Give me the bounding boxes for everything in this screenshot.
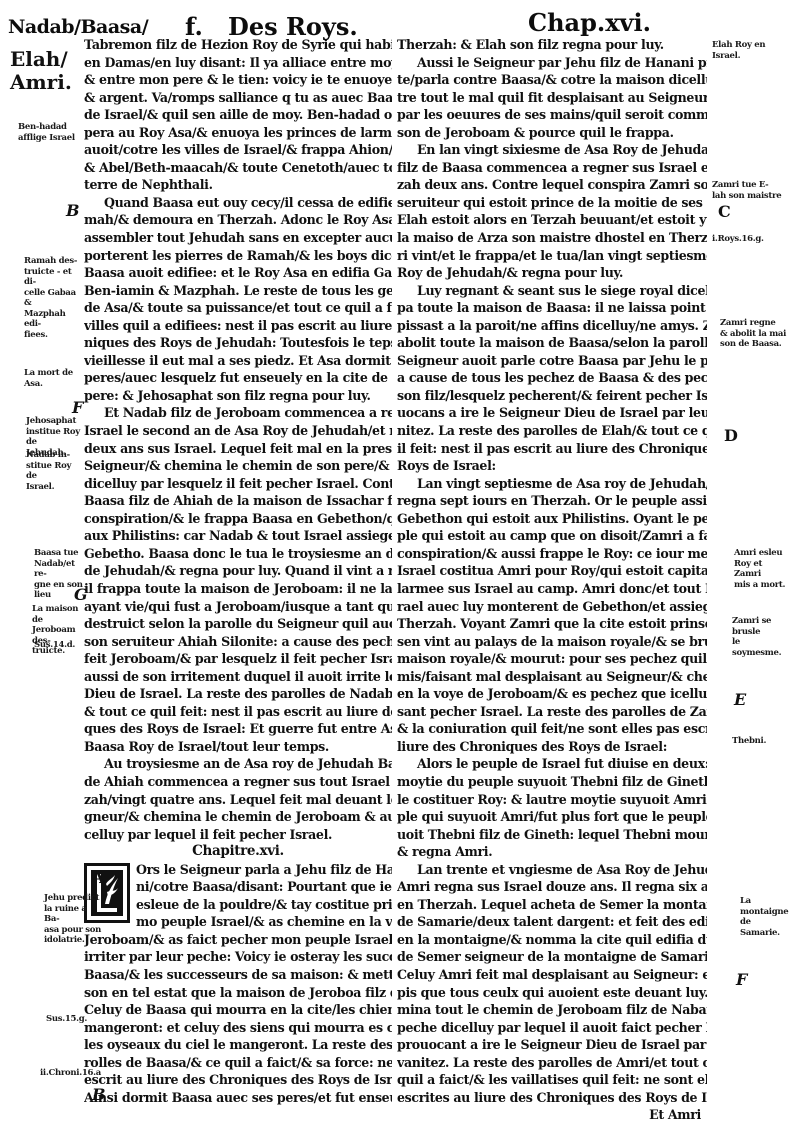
text-line: filz de Baasa commencea a regner sus Isr… <box>397 159 707 177</box>
text-line: Baasa Roy de Israel/tout leur temps. <box>84 738 392 756</box>
text-line: seruiteur qui estoit prince de la moitie… <box>397 194 707 212</box>
margin-note-ref-2: Sus.15.g. <box>46 1014 87 1025</box>
margin-note-amri-elected: Amri esleu Roy et Zamri mis a mort. <box>734 548 790 590</box>
text-line: son de Jeroboam & pource quil le frappa. <box>397 124 707 142</box>
chapter-heading: Chapitre.xvi. <box>84 843 392 861</box>
text-line: auoit/cotre les villes de Israel/& frapp… <box>84 141 392 159</box>
text-line: a cause de tous les pechez de Baasa & de… <box>397 369 707 387</box>
side-names: Elah/ Amri. <box>10 48 72 94</box>
side-name-amri: Amri. <box>10 71 72 94</box>
text-line: zah deux ans. Contre lequel conspira Zam… <box>397 176 707 194</box>
text-line: de Semer seigneur de la montaigne de Sam… <box>397 948 707 966</box>
text-line: & regna Amri. <box>397 843 707 861</box>
text-line: Tabremon filz de Hezion Roy de Syrie qui… <box>84 36 392 54</box>
left-column: Tabremon filz de Hezion Roy de Syrie qui… <box>84 36 392 1106</box>
note-line: son de Baasa. <box>720 339 788 350</box>
text-line: son en tel estat que la maison de Jerobo… <box>84 984 392 1002</box>
note-line: asa pour son <box>44 925 102 936</box>
section-letter-e: E <box>734 690 746 709</box>
chapter-xvi-text: Ors le Seigneur parla a Jehu filz de Han… <box>84 861 392 1107</box>
text-line: & argent. Va/romps salliance q tu as aue… <box>84 89 392 107</box>
text-line: Quand Baasa eut ouy cecy/il cessa de edi… <box>84 194 392 212</box>
note-line: & abolit la mai <box>720 329 788 340</box>
margin-note-ramah: Ramah des- truicte - et di- celle Gabaa … <box>24 256 84 340</box>
text-line: ri vint/et le frappa/et le tua/lan vingt… <box>397 247 707 265</box>
note-line: Amri esleu <box>734 548 790 559</box>
note-line: afflige Israel <box>18 133 82 144</box>
text-line: peres/auec lesquelz fut enseuely en la c… <box>84 369 392 387</box>
section-letter-g: G <box>74 585 88 604</box>
text-line: Roy de Jehudah/& regna pour luy. <box>397 264 707 282</box>
text-line: Seigneur auoit parle cotre Baasa par Jeh… <box>397 352 707 370</box>
text-line: il feit: nest il pas escrit au liure des… <box>397 440 707 458</box>
text-line: conspiration/& aussi frappe le Roy: ce i… <box>397 545 707 563</box>
note-line: stitue Roy de <box>26 461 84 482</box>
text-line: Et Nadab filz de Jeroboam commencea a re… <box>84 404 392 422</box>
note-line: Zamri regne <box>720 318 788 329</box>
note-line: la ruine a Ba- <box>44 904 102 925</box>
text-line: escrites au liure des Chroniques des Roy… <box>397 1089 707 1107</box>
text-line: ni/cotre Baasa/disant: Pourtant que ie t… <box>136 878 392 896</box>
text-line: Lan trente et vngiesme de Asa Roy de Jeh… <box>397 861 707 879</box>
text-line: assembler tout Jehudah sans en excepter … <box>84 229 392 247</box>
note-line: lah son maistre <box>712 191 788 202</box>
text-line: & entre mon pere & le tien: voicy ie te … <box>84 71 392 89</box>
text-line: mangeront: et celuy des siens qui mourra… <box>84 1019 392 1037</box>
text-line: Israel le second an de Asa Roy de Jehuda… <box>84 422 392 440</box>
section-letter-a: A <box>92 868 104 887</box>
text-line: destruict selon la parolle du Seigneur q… <box>84 615 392 633</box>
text-line: celluy par lequel il feit pecher Israel. <box>84 826 392 844</box>
text-line: aussi de son irritement duquel il auoit … <box>84 668 392 686</box>
text-line: quil a faict/& les vaillatises quil feit… <box>397 1071 707 1089</box>
text-line: pera au Roy Asa/& enuoya les princes de … <box>84 124 392 142</box>
text-line: larmee sus Israel au camp. Amri donc/et … <box>397 580 707 598</box>
text-line: ple qui suyuoit Amri/fut plus fort que l… <box>397 808 707 826</box>
text-line: rolles de Baasa/& ce quil a faict/& sa f… <box>84 1054 392 1072</box>
margin-note-samaria: La montaigne de Samarie. <box>740 896 790 938</box>
note-line: Israel. <box>26 482 84 493</box>
text-line: la maiso de Arza son maistre dhostel en … <box>397 229 707 247</box>
note-line: Ramah des- <box>24 256 84 267</box>
text-line: regna sept iours en Therzah. Or le peupl… <box>397 492 707 510</box>
text-line: escrit au liure des Chroniques des Roys … <box>84 1071 392 1089</box>
text-line: Baasa auoit edifiee: et le Roy Asa en ed… <box>84 264 392 282</box>
text-line: uocans a ire le Seigneur Dieu de Israel … <box>397 404 707 422</box>
note-line: fiees. <box>24 330 84 341</box>
text-line: Ainsi dormit Baasa auec ses peres/et fut… <box>84 1089 392 1107</box>
text-line: irriter par leur peche: Voicy ie osteray… <box>84 948 392 966</box>
text-line: porterent les pierres de Ramah/& les boy… <box>84 247 392 265</box>
text-line: il frappa toute la maison de Jeroboam: i… <box>84 580 392 598</box>
text-line: de Ahiah commencea a regner sus tout Isr… <box>84 773 392 791</box>
note-line: La mort de <box>24 368 84 379</box>
running-head-chapter: Chap.xvi. <box>528 8 651 37</box>
text-line: pa toute la maison de Baasa: il ne laiss… <box>397 299 707 317</box>
text-line: par les oeuures de ses mains/quil seroit… <box>397 106 707 124</box>
text-line: Amri regna sus Israel douze ans. Il regn… <box>397 878 707 896</box>
text-line: les oyseaux du ciel le mangeront. La res… <box>84 1036 392 1054</box>
note-line: Baasa tue <box>34 548 88 559</box>
note-line: La maison de <box>32 604 88 625</box>
text-line: & Abel/Beth-maacah/& toute Cenetoth/auec… <box>84 159 392 177</box>
text-line: maison royale/& mourut: pour ses pechez … <box>397 650 707 668</box>
text-line: Dieu de Israel. La reste des parolles de… <box>84 685 392 703</box>
text-line: Elah estoit alors en Terzah beuuant/et e… <box>397 211 707 229</box>
section-letter-c: C <box>718 202 731 221</box>
note-line: Zamri tue E- <box>712 180 788 191</box>
text-line: en Damas/en luy disant: Il ya alliace en… <box>84 54 392 72</box>
text-line: mina tout le chemin de Jeroboam filz de … <box>397 1001 707 1019</box>
text-line: sen vint au palays de la maison royale/&… <box>397 633 707 651</box>
text-line: moytie du peuple suyuoit Thebni filz de … <box>397 773 707 791</box>
text-line: te/parla contre Baasa/& cotre la maison … <box>397 71 707 89</box>
text-line: En lan vingt sixiesme de Asa Roy de Jehu… <box>397 141 707 159</box>
section-letter-b: B <box>66 201 80 220</box>
section-letter-f2: F <box>736 970 747 989</box>
text-line: Roys de Israel: <box>397 457 707 475</box>
text-line: Aussi le Seigneur par Jehu filz de Hanan… <box>397 54 707 72</box>
note-line: La montaigne <box>740 896 790 917</box>
margin-note-nadab: Nadab in- stitue Roy de Israel. <box>26 450 84 492</box>
text-line: dicelluy par lesquelz il feit pecher Isr… <box>84 475 392 493</box>
note-line: idolatrie. <box>44 935 102 946</box>
text-line: Therzah: & Elah son filz regna pour luy. <box>397 36 707 54</box>
left-column-text: Tabremon filz de Hezion Roy de Syrie qui… <box>84 36 392 843</box>
text-line: esleue de la pouldre/& tay costitue prin… <box>136 896 392 914</box>
text-line: le costituer Roy: & lautre moytie suyuoi… <box>397 791 707 809</box>
note-line: celle Gabaa & <box>24 288 84 309</box>
chapter-opening: Ors le Seigneur parla a Jehu filz de Han… <box>84 861 392 1107</box>
margin-note-ref-4: i.Roys.16.g. <box>712 234 764 245</box>
section-letter-d: D <box>724 426 738 445</box>
text-line: de Jehudah/& regna pour luy. Quand il vi… <box>84 562 392 580</box>
text-line: deux ans sus Israel. Lequel feit mal en … <box>84 440 392 458</box>
text-line: en la voye de Jeroboam/& es pechez que i… <box>397 685 707 703</box>
text-line: pissast a la paroit/ne affins dicelluy/n… <box>397 317 707 335</box>
text-line: Baasa filz de Ahiah de la maison de Issa… <box>84 492 392 510</box>
text-line: Au troysiesme an de Asa roy de Jehudah B… <box>84 755 392 773</box>
note-line: Zamri se brusle <box>732 616 790 637</box>
text-line: ayant vie/qui fust a Jeroboam/iusque a t… <box>84 598 392 616</box>
text-line: vieillesse il eut mal a ses piedz. Et As… <box>84 352 392 370</box>
text-line: feit Jeroboam/& par lesquelz il feit pec… <box>84 650 392 668</box>
text-line: Luy regnant & seant sus le siege royal d… <box>397 282 707 300</box>
text-line: Gebethon qui estoit aux Philistins. Oyan… <box>397 510 707 528</box>
text-line: de Israel/& quil sen aille de moy. Ben-h… <box>84 106 392 124</box>
text-line: mah/& demoura en Therzah. Adonc le Roy A… <box>84 211 392 229</box>
section-letter-b2: B <box>92 1085 106 1104</box>
margin-note-ref-3: ii.Chroni.16.a <box>40 1068 101 1079</box>
note-line: Ben-hadad <box>18 122 82 133</box>
catchword: Et Amri <box>397 1106 707 1124</box>
text-line: en Therzah. Lequel acheta de Semer la mo… <box>397 896 707 914</box>
text-line: Baasa/& les successeurs de sa maison: & … <box>84 966 392 984</box>
text-line: Alors le peuple de Israel fut diuise en … <box>397 755 707 773</box>
text-line: vanitez. La reste des parolles de Amri/e… <box>397 1054 707 1072</box>
note-line: Nadab in- <box>26 450 84 461</box>
text-line: Ben-iamin & Mazphah. Le reste de tous le… <box>84 282 392 300</box>
note-line: Jehosaphat <box>26 416 84 427</box>
text-line: Gebetho. Baasa donc le tua le troysiesme… <box>84 545 392 563</box>
note-line: le soymesme. <box>732 637 790 658</box>
text-line: Celuy Amri feit mal desplaisant au Seign… <box>397 966 707 984</box>
text-line: peche dicelluy par lequel il auoit faict… <box>397 1019 707 1037</box>
text-line: villes quil a edifiees: nest il pas escr… <box>84 317 392 335</box>
text-line: Israel costitua Amri pour Roy/qui estoit… <box>397 562 707 580</box>
text-line: aux Philistins: car Nadab & tout Israel … <box>84 527 392 545</box>
text-line: prouocant a ire le Seigneur Dieu de Isra… <box>397 1036 707 1054</box>
text-line: ques des Roys de Israel: Et guerre fut e… <box>84 720 392 738</box>
text-line: abolit toute la maison de Baasa/selon la… <box>397 334 707 352</box>
text-line: nitez. La reste des parolles de Elah/& t… <box>397 422 707 440</box>
note-line: mis a mort. <box>734 580 790 591</box>
text-line: Seigneur/& chemina le chemin de son pere… <box>84 457 392 475</box>
note-line: truicte - et di- <box>24 267 84 288</box>
margin-note-jehu-prophecy: Jehu predict la ruine a Ba- asa pour son… <box>44 893 102 946</box>
note-line: Roy et Zamri <box>734 559 790 580</box>
text-line: son filz/lesquelz pecherent/& feirent pe… <box>397 387 707 405</box>
margin-note-thebni: Thebni. <box>732 736 766 747</box>
text-line: Lan vingt septiesme de Asa roy de Jehuda… <box>397 475 707 493</box>
text-line: mis/faisant mal desplaisant au Seigneur/… <box>397 668 707 686</box>
text-line: de Samarie/deux talent dargent: et feit … <box>397 913 707 931</box>
text-line: mo peuple Israel/& as chemine en la voye… <box>136 913 392 931</box>
note-line: Elah Roy en <box>712 40 788 51</box>
text-line: sant pecher Israel. La reste des parolle… <box>397 703 707 721</box>
text-line: Jeroboam/& as faict pecher mon peuple Is… <box>84 931 392 949</box>
side-name-elah: Elah/ <box>10 48 72 71</box>
text-line: & la coniuration quil feit/ne sont elles… <box>397 720 707 738</box>
note-line: Nadab/et re- <box>34 559 88 580</box>
text-line: liure des Chroniques des Roys de Israel: <box>397 738 707 756</box>
text-line: terre de Nephthali. <box>84 176 392 194</box>
right-column-text: Therzah: & Elah son filz regna pour luy.… <box>397 36 707 1106</box>
right-column: Therzah: & Elah son filz regna pour luy.… <box>397 36 707 1124</box>
text-line: Celuy de Baasa qui mourra en la cite/les… <box>84 1001 392 1019</box>
margin-note-zamri-burns: Zamri se brusle le soymesme. <box>732 616 790 658</box>
note-line: Jehu predict <box>44 893 102 904</box>
text-line: pere: & Jehosaphat son filz regna pour l… <box>84 387 392 405</box>
margin-note-zamri-reigns: Zamri regne & abolit la mai son de Baasa… <box>720 318 788 350</box>
text-line: Therzah. Voyant Zamri que la cite estoit… <box>397 615 707 633</box>
text-line: en la montaigne/& nomma la cite quil edi… <box>397 931 707 949</box>
text-line: conspiration/& le frappa Baasa en Gebeth… <box>84 510 392 528</box>
text-line: ple qui estoit au camp que on disoit/Zam… <box>397 527 707 545</box>
section-letter-f: F <box>72 398 83 417</box>
note-line: institue Roy de <box>26 427 84 448</box>
text-line: niques des Roys de Jehudah: Toutesfois l… <box>84 334 392 352</box>
note-line: Israel. <box>712 51 788 62</box>
text-line: de Asa/& toute sa puissance/et tout ce q… <box>84 299 392 317</box>
margin-note-death-of-asa: La mort de Asa. <box>24 368 84 389</box>
text-line: uoit Thebni filz de Gineth: lequel Thebn… <box>397 826 707 844</box>
note-line: Mazphah edi- <box>24 309 84 330</box>
margin-note-ben-hadad: Ben-hadad afflige Israel <box>18 122 82 143</box>
text-line: son seruiteur Ahiah Silonite: a cause de… <box>84 633 392 651</box>
text-line: Ors le Seigneur parla a Jehu filz de Han… <box>136 861 392 879</box>
text-line: gneur/& chemina le chemin de Jeroboam & … <box>84 808 392 826</box>
note-line: de Samarie. <box>740 917 790 938</box>
text-line: & tout ce quil feit: nest il pas escrit … <box>84 703 392 721</box>
note-line: Asa. <box>24 379 84 390</box>
text-line: tre tout le mal quil fit desplaisant au … <box>397 89 707 107</box>
text-line: rael auec luy monterent de Gebethon/et a… <box>397 598 707 616</box>
margin-note-elah-king: Elah Roy en Israel. <box>712 40 788 61</box>
margin-note-zamri-kills-elah: Zamri tue E- lah son maistre <box>712 180 788 201</box>
running-head-left: Nadab/Baasa/ <box>8 16 148 38</box>
text-line: zah/vingt quatre ans. Lequel feit mal de… <box>84 791 392 809</box>
margin-note-ref-1: Sus.14.d. <box>34 640 75 651</box>
text-line: pis que tous ceulx qui auoient este deua… <box>397 984 707 1002</box>
